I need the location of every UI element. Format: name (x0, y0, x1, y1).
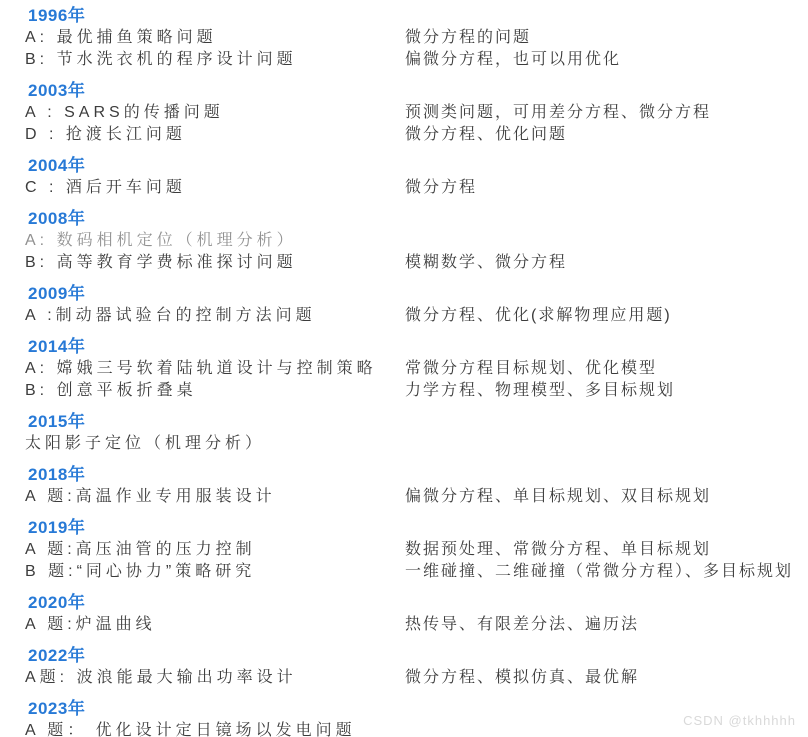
problem-row: A 题:高温作业专用服装设计偏微分方程、单目标规划、双目标规划 (25, 486, 808, 508)
year-heading: 2004年 (28, 155, 808, 177)
problem-method: 微分方程、优化(求解物理应用题) (405, 305, 808, 327)
year-section: 2020年A 题:炉温曲线热传导、有限差分法、遍历法 (0, 592, 808, 636)
year-heading: 2018年 (28, 464, 808, 486)
year-section: 2003年A : SARS的传播问题预测类问题，可用差分方程、微分方程D : 抢… (0, 80, 808, 146)
problem-row: A: 最优捕鱼策略问题微分方程的问题 (25, 27, 808, 49)
year-heading: 1996年 (28, 5, 808, 27)
problem-method: 一维碰撞、二维碰撞（常微分方程）、多目标规划 (405, 561, 808, 583)
year-section: 2015年太阳影子定位（机理分析） (0, 411, 808, 455)
problem-title: A题: 波浪能最大输出功率设计 (25, 667, 405, 689)
year-heading: 2003年 (28, 80, 808, 102)
problem-title: C : 酒后开车问题 (25, 177, 405, 199)
year-heading: 2019年 (28, 517, 808, 539)
year-section: 2014年A: 嫦娥三号软着陆轨道设计与控制策略常微分方程目标规划、优化模型B:… (0, 336, 808, 402)
problem-method: 数据预处理、常微分方程、单目标规划 (405, 539, 808, 561)
problem-title: A 题:高温作业专用服装设计 (25, 486, 405, 508)
year-section: 1996年A: 最优捕鱼策略问题微分方程的问题B: 节水洗衣机的程序设计问题偏微… (0, 5, 808, 71)
problem-list: 1996年A: 最优捕鱼策略问题微分方程的问题B: 节水洗衣机的程序设计问题偏微… (0, 0, 808, 737)
year-heading: 2022年 (28, 645, 808, 667)
problem-method (405, 230, 808, 252)
problem-method: 微分方程、优化问题 (405, 124, 808, 146)
problem-row: 太阳影子定位（机理分析） (25, 433, 808, 455)
problem-title: A: 数码相机定位（机理分析） (25, 230, 405, 252)
problem-title: B: 高等教育学费标准探讨问题 (25, 252, 405, 274)
problem-row: A 题:高压油管的压力控制数据预处理、常微分方程、单目标规划 (25, 539, 808, 561)
problem-method: 偏微分方程，也可以用优化 (405, 49, 808, 71)
problem-title: D : 抢渡长江问题 (25, 124, 405, 146)
year-heading: 2015年 (28, 411, 808, 433)
problem-title: A 题:高压油管的压力控制 (25, 539, 405, 561)
problem-title: 太阳影子定位（机理分析） (25, 433, 405, 455)
year-section: 2008年A: 数码相机定位（机理分析）B: 高等教育学费标准探讨问题模糊数学、… (0, 208, 808, 274)
problem-row: D : 抢渡长江问题微分方程、优化问题 (25, 124, 808, 146)
year-heading: 2008年 (28, 208, 808, 230)
problem-method: 热传导、有限差分法、遍历法 (405, 614, 808, 636)
problem-row: A :制动器试验台的控制方法问题微分方程、优化(求解物理应用题) (25, 305, 808, 327)
year-heading: 2020年 (28, 592, 808, 614)
year-section: 2004年C : 酒后开车问题微分方程 (0, 155, 808, 199)
problem-title: A : SARS的传播问题 (25, 102, 405, 124)
problem-title: A 题:炉温曲线 (25, 614, 405, 636)
problem-title: A :制动器试验台的控制方法问题 (25, 305, 405, 327)
year-heading: 2014年 (28, 336, 808, 358)
problem-method: 微分方程、模拟仿真、最优解 (405, 667, 808, 689)
problem-row: A题: 波浪能最大输出功率设计微分方程、模拟仿真、最优解 (25, 667, 808, 689)
problem-method: 微分方程 (405, 177, 808, 199)
problem-row: A: 数码相机定位（机理分析） (25, 230, 808, 252)
problem-method (405, 433, 808, 455)
problem-method: 微分方程的问题 (405, 27, 808, 49)
problem-method: 常微分方程目标规划、优化模型 (405, 358, 808, 380)
problem-row: A : SARS的传播问题预测类问题，可用差分方程、微分方程 (25, 102, 808, 124)
problem-title: B: 创意平板折叠桌 (25, 380, 405, 402)
year-section: 2022年A题: 波浪能最大输出功率设计微分方程、模拟仿真、最优解 (0, 645, 808, 689)
year-section: 2018年A 题:高温作业专用服装设计偏微分方程、单目标规划、双目标规划 (0, 464, 808, 508)
problem-row: A 题:炉温曲线热传导、有限差分法、遍历法 (25, 614, 808, 636)
problem-row: B: 高等教育学费标准探讨问题模糊数学、微分方程 (25, 252, 808, 274)
problem-method: 力学方程、物理模型、多目标规划 (405, 380, 808, 402)
problem-title: A: 嫦娥三号软着陆轨道设计与控制策略 (25, 358, 405, 380)
problem-row: B 题:“同心协力”策略研究一维碰撞、二维碰撞（常微分方程）、多目标规划 (25, 561, 808, 583)
problem-title: A: 最优捕鱼策略问题 (25, 27, 405, 49)
problem-row: A: 嫦娥三号软着陆轨道设计与控制策略常微分方程目标规划、优化模型 (25, 358, 808, 380)
problem-title: B 题:“同心协力”策略研究 (25, 561, 405, 583)
problem-method: 模糊数学、微分方程 (405, 252, 808, 274)
problem-row: C : 酒后开车问题微分方程 (25, 177, 808, 199)
problem-title: A 题： 优化设计定日镜场以发电问题 (25, 720, 405, 737)
problem-title: B: 节水洗衣机的程序设计问题 (25, 49, 405, 71)
problem-row: B: 创意平板折叠桌力学方程、物理模型、多目标规划 (25, 380, 808, 402)
year-section: 2019年A 题:高压油管的压力控制数据预处理、常微分方程、单目标规划B 题:“… (0, 517, 808, 583)
year-heading: 2009年 (28, 283, 808, 305)
problem-method: 预测类问题，可用差分方程、微分方程 (405, 102, 808, 124)
year-section: 2009年A :制动器试验台的控制方法问题微分方程、优化(求解物理应用题) (0, 283, 808, 327)
problem-method: 偏微分方程、单目标规划、双目标规划 (405, 486, 808, 508)
csdn-watermark: CSDN @tkhhhhh (683, 713, 796, 728)
problem-row: B: 节水洗衣机的程序设计问题偏微分方程，也可以用优化 (25, 49, 808, 71)
